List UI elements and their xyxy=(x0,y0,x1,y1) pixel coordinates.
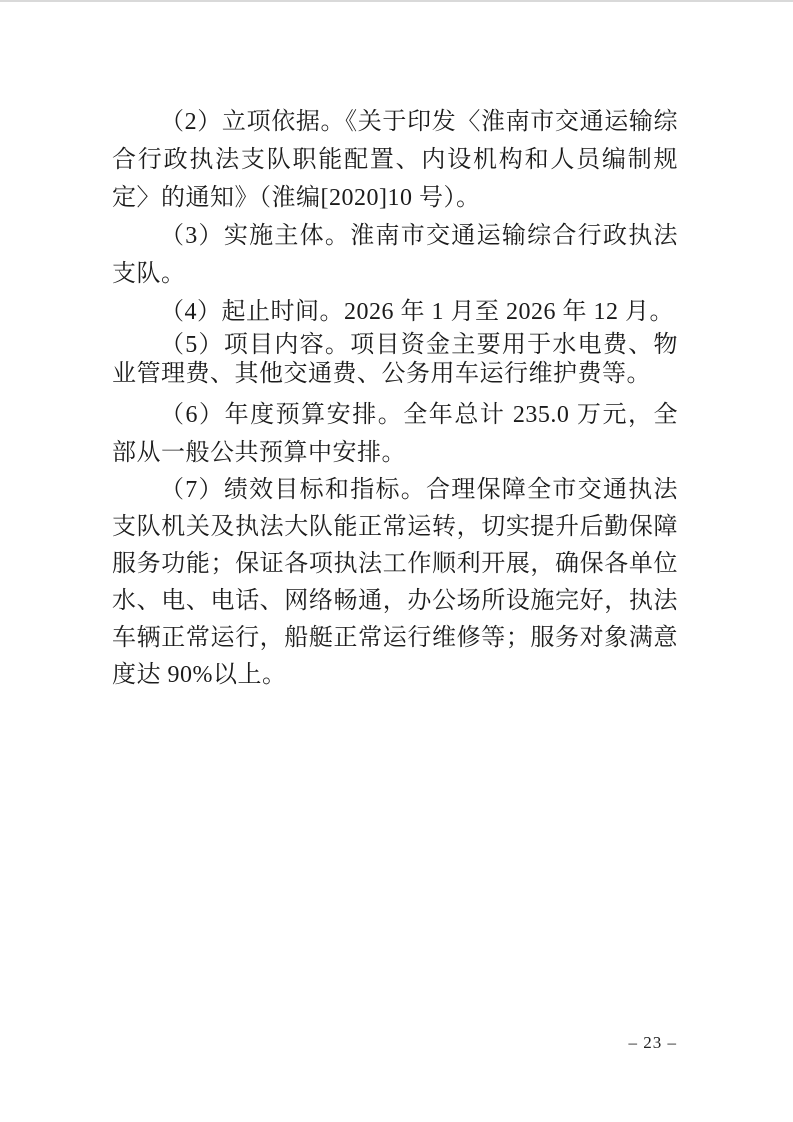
paragraph-6-annual-budget: （6）年度预算安排。全年总计 235.0 万元，全部从一般公共预算中安排。 xyxy=(112,396,678,472)
paragraph-5-project-content: （5）项目内容。项目资金主要用于水电费、物业管理费、其他交通费、公务用车运行维护… xyxy=(112,331,678,389)
document-body: （2）立项依据。《关于印发〈淮南市交通运输综合行政执法支队职能配置、内设机构和人… xyxy=(112,103,678,694)
page-number: – 23 – xyxy=(629,1033,678,1053)
paragraph-4-time-period: （4）起止时间。2026 年 1 月至 2026 年 12 月。 xyxy=(112,293,678,331)
paragraph-7-performance-targets: （7）绩效目标和指标。合理保障全市交通执法支队机关及执法大队能正常运转，切实提升… xyxy=(112,472,678,694)
paragraph-3-implementing-body: （3）实施主体。淮南市交通运输综合行政执法支队。 xyxy=(112,217,678,293)
document-page: （2）立项依据。《关于印发〈淮南市交通运输综合行政执法支队职能配置、内设机构和人… xyxy=(0,0,793,1122)
paragraph-2-project-basis: （2）立项依据。《关于印发〈淮南市交通运输综合行政执法支队职能配置、内设机构和人… xyxy=(112,103,678,217)
